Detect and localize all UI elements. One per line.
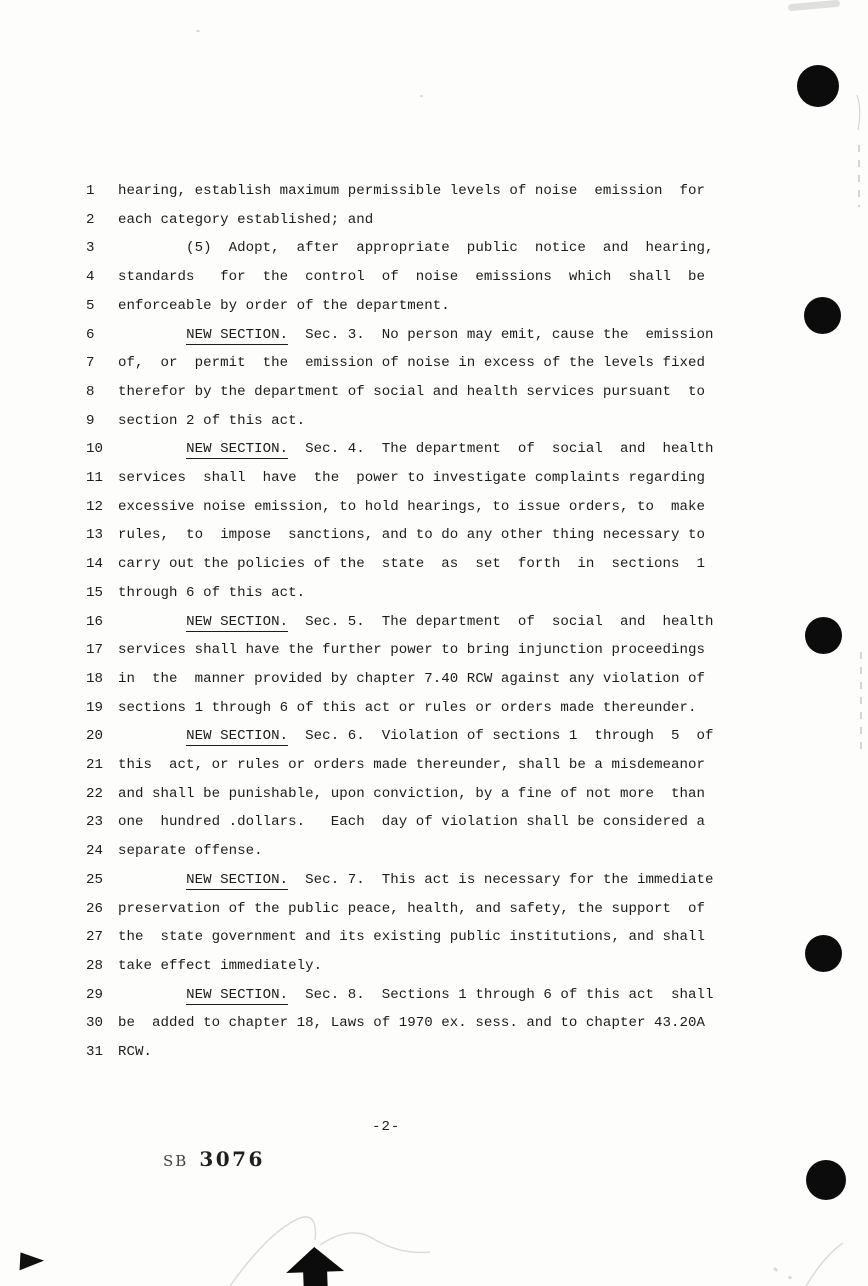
line-number: 31 [86, 1038, 118, 1067]
line-text: therefor by the department of social and… [118, 378, 705, 407]
text-line: 10 NEW SECTION. Sec. 4. The department o… [86, 435, 714, 464]
line-number: 30 [86, 1009, 118, 1038]
text-line: 6 NEW SECTION. Sec. 3. No person may emi… [86, 321, 714, 350]
text-line: 13rules, to impose sanctions, and to do … [86, 521, 714, 550]
line-number: 19 [86, 694, 118, 723]
new-section-label: NEW SECTION. [186, 728, 288, 746]
text-line: 24separate offense. [86, 837, 714, 866]
line-number: 2 [86, 206, 118, 235]
text-line: 20 NEW SECTION. Sec. 6. Violation of sec… [86, 722, 714, 751]
line-number: 11 [86, 464, 118, 493]
new-section-label: NEW SECTION. [186, 327, 288, 345]
line-text: (5) Adopt, after appropriate public noti… [118, 234, 714, 263]
punch-hole-dot [805, 617, 842, 654]
text-line: 11services shall have the power to inves… [86, 464, 714, 493]
line-text: in the manner provided by chapter 7.40 R… [118, 665, 705, 694]
line-number: 20 [86, 722, 118, 751]
punch-hole-dot [806, 1160, 846, 1200]
text-line: 19sections 1 through 6 of this act or ru… [86, 694, 714, 723]
line-number: 4 [86, 263, 118, 292]
line-text: sections 1 through 6 of this act or rule… [118, 694, 697, 723]
new-section-label: NEW SECTION. [186, 614, 288, 632]
line-text: services shall have the power to investi… [118, 464, 705, 493]
new-section-label: NEW SECTION. [186, 872, 288, 890]
text-line: 15through 6 of this act. [86, 579, 714, 608]
line-number: 6 [86, 321, 118, 350]
text-line: 16 NEW SECTION. Sec. 5. The department o… [86, 608, 714, 637]
line-text: excessive noise emission, to hold hearin… [118, 493, 705, 522]
line-number: 5 [86, 292, 118, 321]
line-number: 28 [86, 952, 118, 981]
text-line: 1hearing, establish maximum permissible … [86, 177, 714, 206]
line-text: and shall be punishable, upon conviction… [118, 780, 705, 809]
line-text: be added to chapter 18, Laws of 1970 ex.… [118, 1009, 705, 1038]
scan-speck [420, 95, 423, 97]
line-number: 22 [86, 780, 118, 809]
line-number: 1 [86, 177, 118, 206]
line-text: section 2 of this act. [118, 407, 305, 436]
line-text: one hundred .dollars. Each day of violat… [118, 808, 705, 837]
line-number: 23 [86, 808, 118, 837]
text-line: 12excessive noise emission, to hold hear… [86, 493, 714, 522]
line-text: RCW. [118, 1038, 152, 1067]
line-text: NEW SECTION. Sec. 6. Violation of sectio… [118, 722, 714, 751]
corner-wedge-mark [20, 1252, 45, 1271]
text-line: 9section 2 of this act. [86, 407, 714, 436]
text-line: 14carry out the policies of the state as… [86, 550, 714, 579]
bill-number-stamp: SB 3076 [163, 1147, 265, 1171]
line-number: 9 [86, 407, 118, 436]
line-number: 26 [86, 895, 118, 924]
bill-text-block: 1hearing, establish maximum permissible … [86, 177, 714, 1067]
line-text: of, or permit the emission of noise in e… [118, 349, 705, 378]
new-section-label: NEW SECTION. [186, 441, 288, 459]
text-line: 27the state government and its existing … [86, 923, 714, 952]
line-text: NEW SECTION. Sec. 7. This act is necessa… [118, 866, 714, 895]
text-line: 3 (5) Adopt, after appropriate public no… [86, 234, 714, 263]
line-text: hearing, establish maximum permissible l… [118, 177, 705, 206]
line-text: take effect immediately. [118, 952, 322, 981]
line-text: services shall have the further power to… [118, 636, 705, 665]
line-text: separate offense. [118, 837, 263, 866]
text-line: 5enforceable by order of the department. [86, 292, 714, 321]
line-text: standards for the control of noise emiss… [118, 263, 705, 292]
text-line: 21this act, or rules or orders made ther… [86, 751, 714, 780]
text-line: 30be added to chapter 18, Laws of 1970 e… [86, 1009, 714, 1038]
line-text: NEW SECTION. Sec. 8. Sections 1 through … [118, 981, 714, 1010]
scanned-bill-page: 1hearing, establish maximum permissible … [0, 0, 868, 1286]
scan-speck [788, 1276, 792, 1279]
text-line: 17services shall have the further power … [86, 636, 714, 665]
line-number: 24 [86, 837, 118, 866]
text-line: 22and shall be punishable, upon convicti… [86, 780, 714, 809]
line-number: 7 [86, 349, 118, 378]
bill-digits: 3076 [199, 1147, 265, 1171]
line-text: NEW SECTION. Sec. 4. The department of s… [118, 435, 714, 464]
arrow-stem [303, 1271, 328, 1286]
line-number: 14 [86, 550, 118, 579]
line-number: 21 [86, 751, 118, 780]
line-number: 25 [86, 866, 118, 895]
line-number: 13 [86, 521, 118, 550]
new-section-label: NEW SECTION. [186, 987, 288, 1005]
line-number: 15 [86, 579, 118, 608]
scan-edge-artifact [858, 145, 860, 207]
line-number: 3 [86, 234, 118, 263]
arrow-head [285, 1246, 344, 1273]
text-line: 26preservation of the public peace, heal… [86, 895, 714, 924]
line-number: 10 [86, 435, 118, 464]
punch-hole-dot [805, 935, 842, 972]
line-text: rules, to impose sanctions, and to do an… [118, 521, 705, 550]
line-text: carry out the policies of the state as s… [118, 550, 705, 579]
scan-smudge [788, 0, 840, 11]
line-text: NEW SECTION. Sec. 5. The department of s… [118, 608, 714, 637]
punch-hole-dot [804, 297, 841, 334]
line-number: 29 [86, 981, 118, 1010]
line-number: 12 [86, 493, 118, 522]
page-number: -2- [372, 1119, 400, 1135]
line-text: the state government and its existing pu… [118, 923, 705, 952]
line-text: preservation of the public peace, health… [118, 895, 705, 924]
line-number: 16 [86, 608, 118, 637]
text-line: 29 NEW SECTION. Sec. 8. Sections 1 throu… [86, 981, 714, 1010]
line-text: this act, or rules or orders made thereu… [118, 751, 705, 780]
punch-hole-dot [797, 65, 839, 107]
text-line: 23one hundred .dollars. Each day of viol… [86, 808, 714, 837]
line-number: 17 [86, 636, 118, 665]
line-text: each category established; and [118, 206, 373, 235]
text-line: 4standards for the control of noise emis… [86, 263, 714, 292]
scan-edge-artifact [860, 652, 862, 757]
line-text: through 6 of this act. [118, 579, 305, 608]
text-line: 2each category established; and [86, 206, 714, 235]
bill-prefix: SB [163, 1152, 188, 1170]
text-line: 31RCW. [86, 1038, 714, 1067]
text-line: 8therefor by the department of social an… [86, 378, 714, 407]
line-number: 8 [86, 378, 118, 407]
up-arrow-stamp [285, 1246, 344, 1286]
text-line: 7of, or permit the emission of noise in … [86, 349, 714, 378]
line-number: 18 [86, 665, 118, 694]
line-text: NEW SECTION. Sec. 3. No person may emit,… [118, 321, 714, 350]
text-line: 18in the manner provided by chapter 7.40… [86, 665, 714, 694]
scan-speck [773, 1267, 779, 1273]
text-line: 28take effect immediately. [86, 952, 714, 981]
line-number: 27 [86, 923, 118, 952]
scan-speck [196, 30, 200, 32]
line-text: enforceable by order of the department. [118, 292, 450, 321]
text-line: 25 NEW SECTION. Sec. 7. This act is nece… [86, 866, 714, 895]
